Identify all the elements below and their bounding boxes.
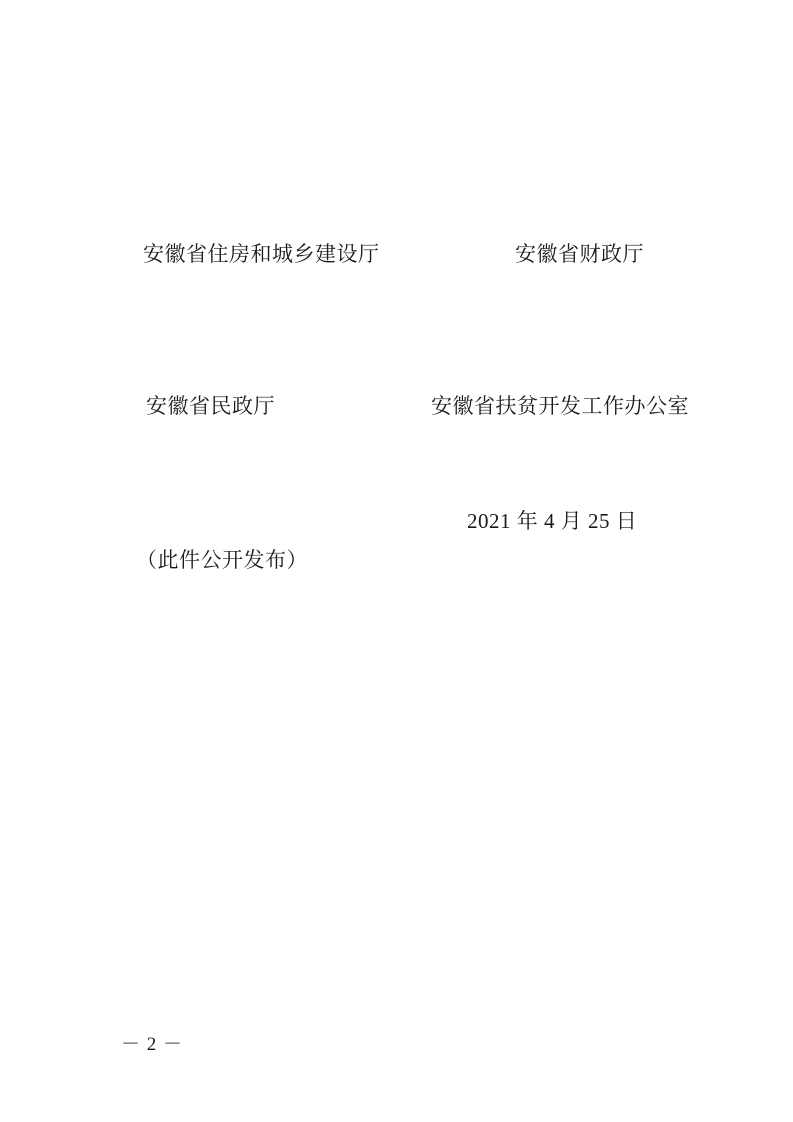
document-page: 安徽省住房和城乡建设厅 安徽省财政厅 安徽省民政厅 安徽省扶贫开发工作办公室 2… xyxy=(0,0,793,1122)
signature-agency-finance: 安徽省财政厅 xyxy=(515,243,644,265)
signature-agency-civil-affairs: 安徽省民政厅 xyxy=(146,395,275,417)
signature-agency-poverty-alleviation-office: 安徽省扶贫开发工作办公室 xyxy=(431,395,689,417)
signature-agency-housing-construction: 安徽省住房和城乡建设厅 xyxy=(143,243,380,265)
page-number: － 2 － xyxy=(121,1035,183,1055)
public-release-note: （此件公开发布） xyxy=(136,549,308,571)
document-date: 2021 年 4 月 25 日 xyxy=(467,510,637,532)
